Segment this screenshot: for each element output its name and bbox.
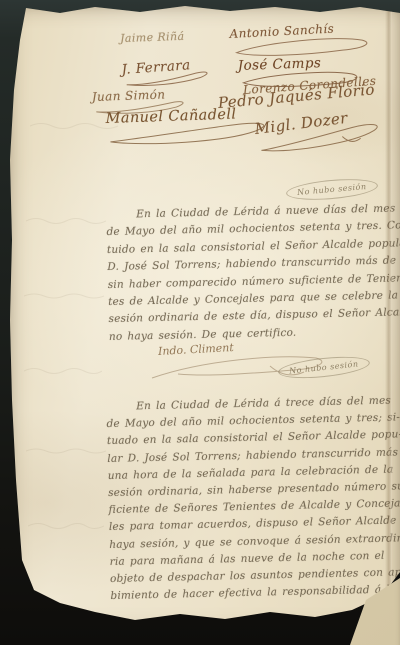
margin-note-text: No hubo sesión	[289, 359, 359, 375]
manuscript-page: Jaime Riñá Antonio Sanchís J. Ferrara Jo…	[0, 0, 400, 645]
show-through-mark	[26, 215, 106, 227]
show-through-mark	[24, 290, 108, 302]
photo-background: Jaime Riñá Antonio Sanchís J. Ferrara Jo…	[0, 0, 400, 645]
margin-note: No hubo sesión	[285, 176, 378, 203]
signature: Jaime Riñá	[120, 25, 185, 46]
act-paragraph: En la Ciudad de Lérida á trece días del …	[106, 392, 400, 605]
show-through-mark	[28, 520, 104, 532]
act-paragraph: En la Ciudad de Lérida á nueve días del …	[106, 200, 400, 346]
show-through-mark	[26, 445, 106, 457]
show-through-mark	[24, 365, 102, 377]
margin-note-text: No hubo sesión	[297, 182, 367, 197]
signature-text: Jaime Riñá	[120, 30, 185, 45]
signature: Manuel Cañadell	[105, 102, 276, 150]
signature-flourish	[106, 118, 277, 150]
